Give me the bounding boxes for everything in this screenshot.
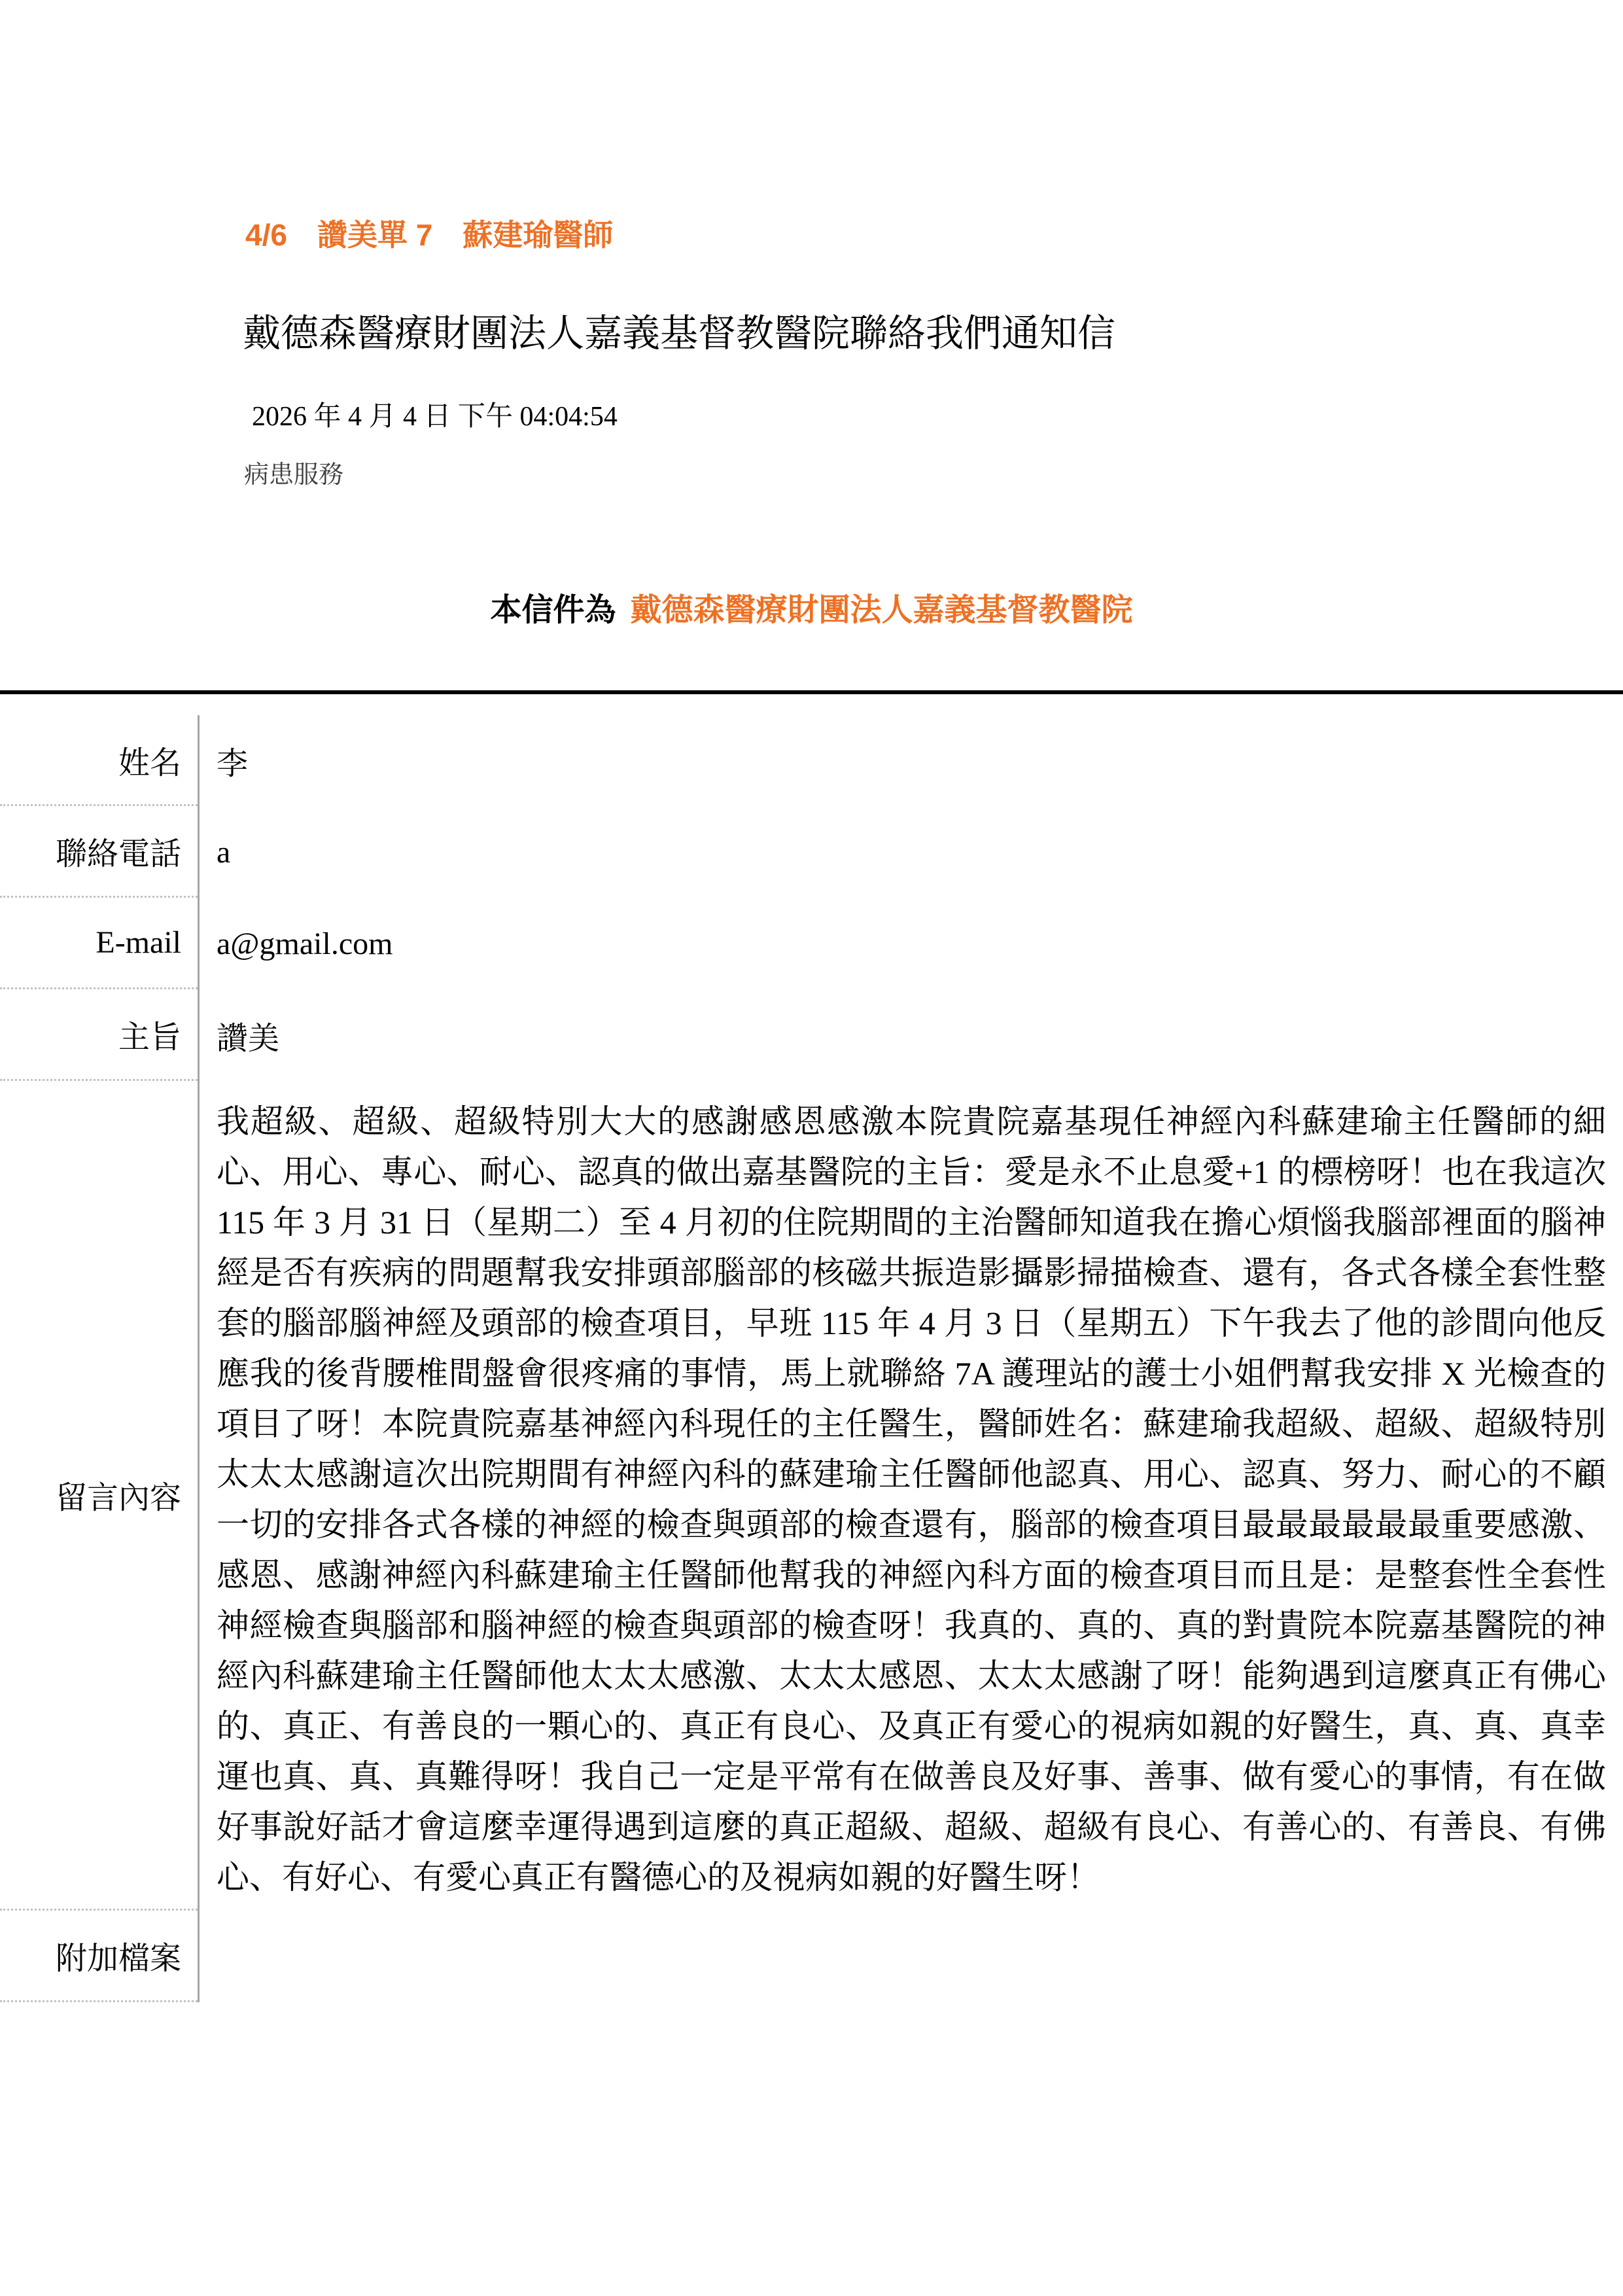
row-value: a@gmail.com (198, 898, 1623, 989)
service-category-label: 病患服務 (244, 454, 343, 490)
message-text: 我超級、超級、超級特別大大的感謝感恩感激本院貴院嘉基現任神經內科蘇建瑜主任醫師的… (217, 1097, 1606, 1903)
row-label: 主旨 (0, 989, 198, 1081)
document-title: 戴德森醫療財團法人嘉義基督教醫院聯絡我們通知信 (243, 309, 1115, 358)
row-label: 附加檔案 (0, 1911, 198, 2002)
form-row-subject: 主旨 讚美 (0, 989, 1623, 1081)
row-label: 聯絡電話 (0, 806, 198, 898)
row-label: E-mail (0, 898, 198, 989)
row-label: 留言內容 (0, 1081, 198, 1911)
row-value: 李 (198, 715, 1623, 806)
notification-document: 4/6 讚美單 7 蘇建瑜醫師 戴德森醫療財團法人嘉義基督教醫院聯絡我們通知信 … (0, 0, 1623, 2296)
form-row-message: 留言內容 我超級、超級、超級特別大大的感謝感恩感激本院貴院嘉基現任神經內科蘇建瑜… (0, 1081, 1623, 1911)
row-value: 讚美 (198, 989, 1623, 1081)
row-value: 我超級、超級、超級特別大大的感謝感恩感激本院貴院嘉基現任神經內科蘇建瑜主任醫師的… (198, 1081, 1623, 1911)
form-row-phone: 聯絡電話 a (0, 806, 1623, 898)
contact-form-table: 姓名 李 聯絡電話 a E-mail a@gmail.com 主旨 讚美 留言內… (0, 715, 1623, 2002)
tag-line: 4/6 讚美單 7 蘇建瑜醫師 (245, 216, 613, 255)
form-row-name: 姓名 李 (0, 715, 1623, 806)
banner-prefix: 本信件為 (490, 593, 616, 627)
hospital-name: 戴德森醫療財團法人嘉義基督教醫院 (631, 593, 1133, 627)
row-value (198, 1911, 1623, 2002)
datetime: 2026 年 4 月 4 日 下午 04:04:54 (252, 400, 618, 433)
form-row-attachment: 附加檔案 (0, 1911, 1623, 2002)
row-label: 姓名 (0, 715, 198, 806)
row-value: a (198, 806, 1623, 898)
divider-rule (0, 690, 1623, 694)
form-row-email: E-mail a@gmail.com (0, 898, 1623, 989)
banner: 本信件為戴德森醫療財團法人嘉義基督教醫院 (0, 590, 1623, 631)
